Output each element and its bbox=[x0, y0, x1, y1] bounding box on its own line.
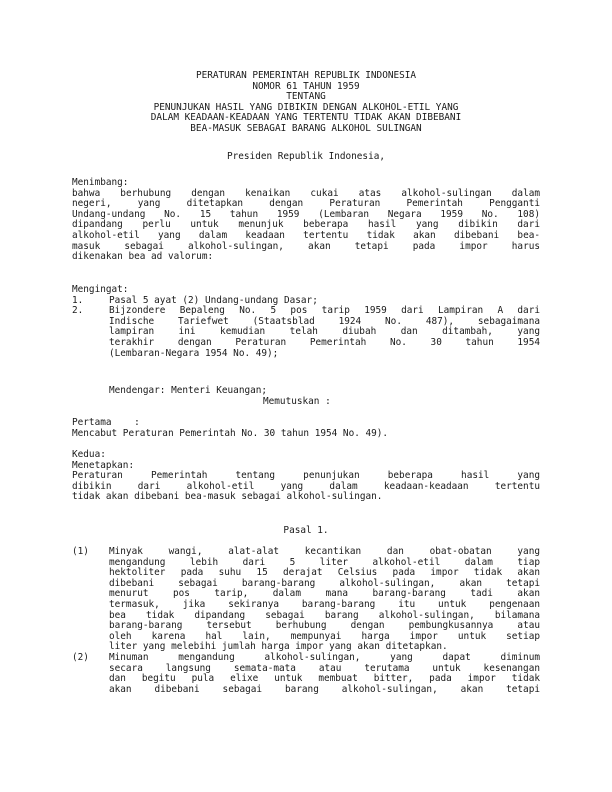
pertama-text: Mencabut Peraturan Pemerintah No. 30 tah… bbox=[72, 429, 540, 440]
president-text: Presiden Republik Indonesia, bbox=[72, 152, 540, 163]
list-number: (2) bbox=[72, 653, 89, 664]
list-item: (1) Minyak wangi, alat-alat kecantikan d… bbox=[72, 547, 540, 653]
menimbang-heading: Menimbang: bbox=[72, 178, 540, 189]
title-subject-line: BEA-MASUK SEBAGAI BARANG ALKOHOL SULINGA… bbox=[72, 124, 540, 135]
pertama-section: Pertama : Mencabut Peraturan Pemerintah … bbox=[72, 418, 540, 439]
list-number: 2. bbox=[72, 306, 83, 317]
document-page: PERATURAN PEMERINTAH REPUBLIK INDONESIA … bbox=[0, 0, 612, 792]
pasal-heading: Pasal 1. bbox=[72, 526, 540, 537]
paragraph-line: alkohol-etil yang dalam keadaan tertentu… bbox=[72, 231, 540, 242]
paragraph-line: Minuman mengandung alkohol-sulingan, yan… bbox=[109, 653, 540, 664]
paragraph-line: Minyak wangi, alat-alat kecantikan dan o… bbox=[109, 547, 540, 558]
memutuskan-line: Memutuskan : bbox=[72, 397, 540, 408]
list-number: (1) bbox=[72, 547, 89, 558]
pasal-1-section: (1) Minyak wangi, alat-alat kecantikan d… bbox=[72, 547, 540, 695]
menimbang-section: Menimbang: bahwa berhubung dengan kenaik… bbox=[72, 178, 540, 263]
list-item: (2) Minuman mengandung alkohol-sulingan,… bbox=[72, 653, 540, 695]
paragraph-line: akan dibebani sebagai barang alkohol-sul… bbox=[109, 685, 540, 696]
mendengar-text: Mendengar: Menteri Keuangan; bbox=[109, 386, 540, 397]
list-item: 2. Bijzondere Bepaleng No. 5 pos tarip 1… bbox=[72, 306, 540, 359]
title-line: PERATURAN PEMERINTAH REPUBLIK INDONESIA bbox=[72, 71, 540, 82]
kedua-section: Kedua: Menetapkan: Peraturan Pemerintah … bbox=[72, 450, 540, 503]
mendengar-line: Mendengar: Menteri Keuangan; bbox=[72, 386, 540, 397]
document-title: PERATURAN PEMERINTAH REPUBLIK INDONESIA … bbox=[72, 71, 540, 135]
mengingat-heading: Mengingat: bbox=[72, 285, 540, 296]
kedua-heading: Kedua: bbox=[72, 450, 540, 461]
paragraph-line: terakhir dengan Peraturan Pemerintah No.… bbox=[109, 338, 540, 349]
paragraph-line: (Lembaran-Negara 1954 No. 49); bbox=[109, 349, 540, 360]
pertama-heading: Pertama : bbox=[72, 418, 540, 429]
mengingat-section: Mengingat: 1. Pasal 5 ayat (2) Undang-un… bbox=[72, 285, 540, 359]
pasal-1-title: Pasal 1. bbox=[72, 526, 540, 537]
paragraph-line: tidak akan dibebani bea-masuk sebagai al… bbox=[72, 492, 540, 503]
president-line: Presiden Republik Indonesia, bbox=[72, 152, 540, 163]
paragraph-line: dikenakan bea ad valorum: bbox=[72, 252, 540, 263]
paragraph-line: termasuk, jika sekiranya barang-barang i… bbox=[109, 600, 540, 611]
memutuskan-text: Memutuskan : bbox=[263, 397, 540, 408]
